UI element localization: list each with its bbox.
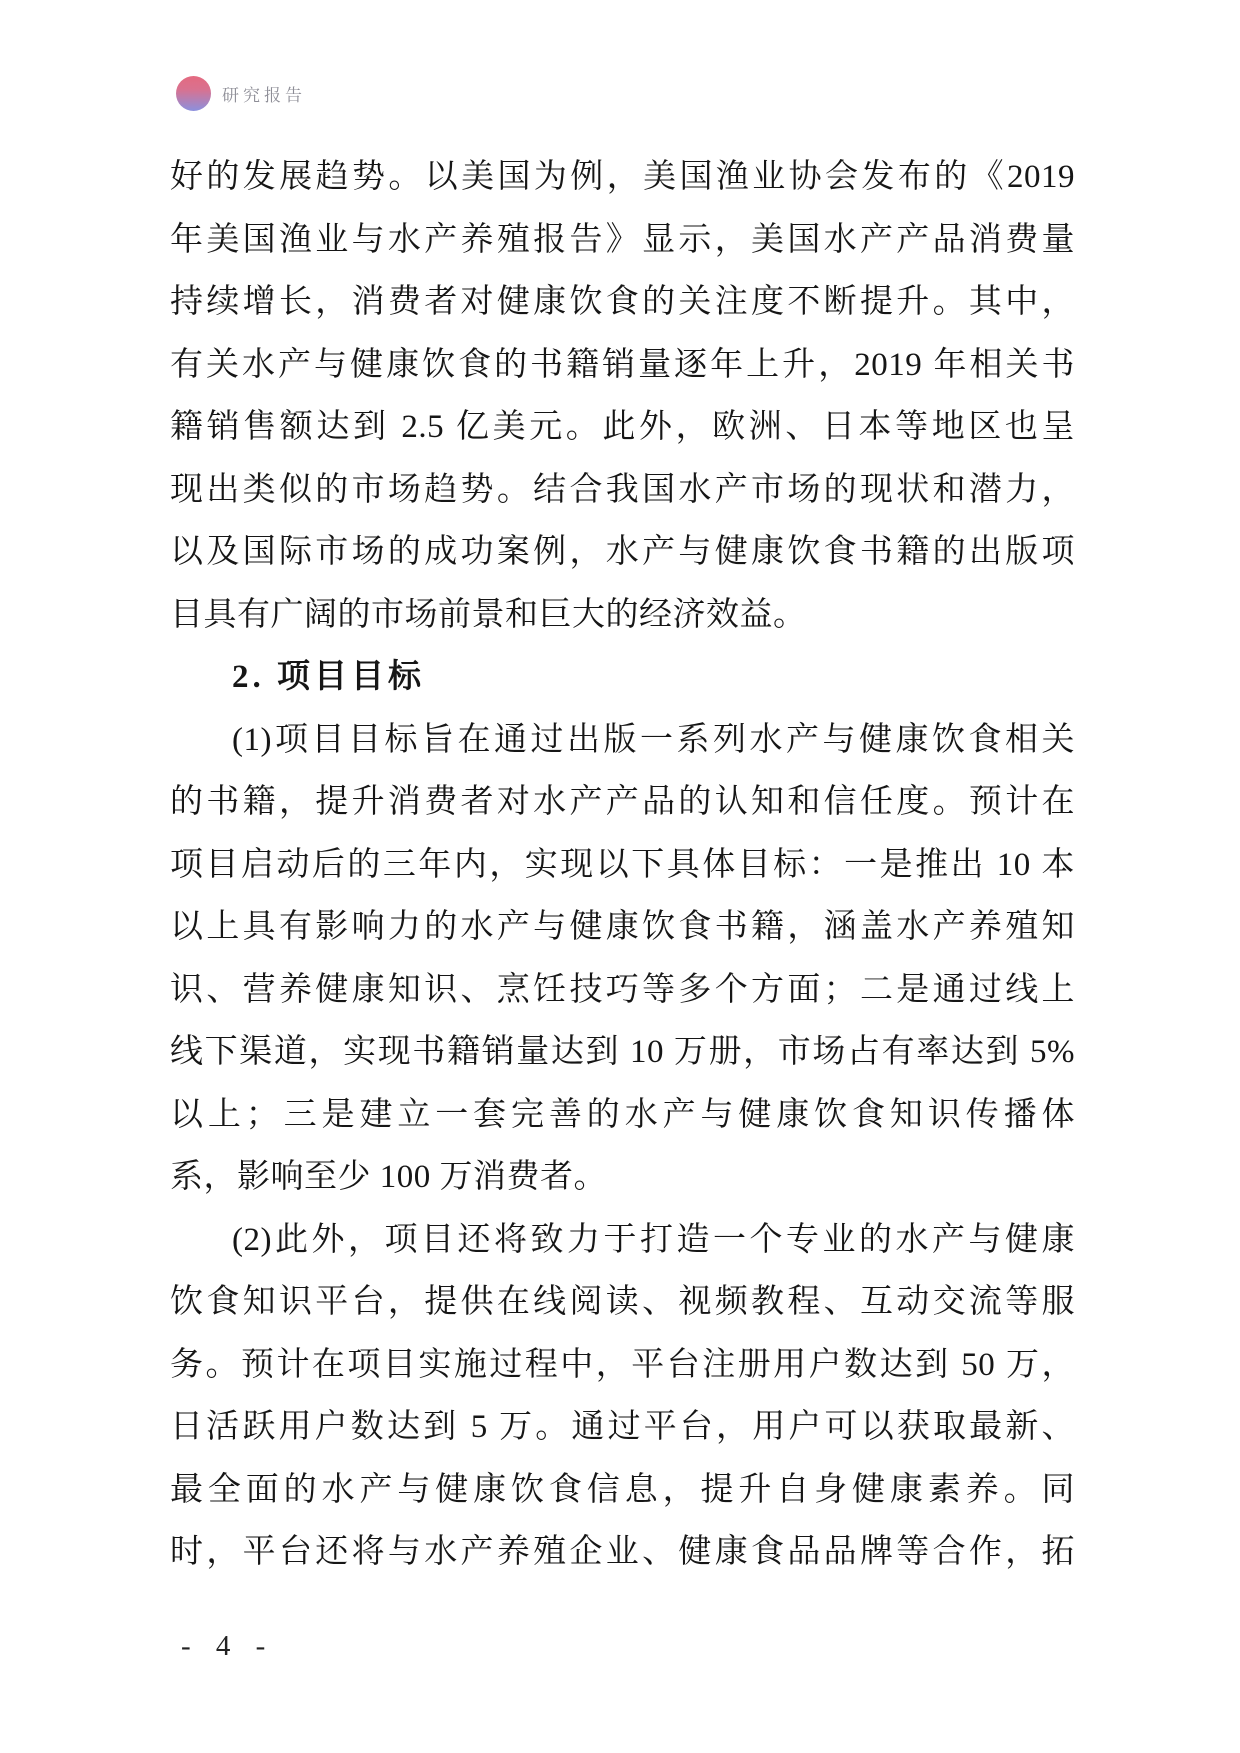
text-line: 持续增长，消费者对健康饮食的关注度不断提升。其中， (170, 271, 1075, 334)
report-header: 研究报告 (176, 76, 306, 111)
text-line: 日活跃用户数达到 5 万。通过平台，用户可以获取最新、 (170, 1396, 1075, 1459)
text-line: (1)项目目标旨在通过出版一系列水产与健康饮食相关 (170, 709, 1075, 772)
text-line: 饮食知识平台，提供在线阅读、视频教程、互动交流等服 (170, 1271, 1075, 1334)
text-line: 的书籍，提升消费者对水产产品的认知和信任度。预计在 (170, 771, 1075, 834)
text-line: 目具有广阔的市场前景和巨大的经济效益。 (170, 584, 1075, 647)
text-line: 以上；三是建立一套完善的水产与健康饮食知识传播体 (170, 1084, 1075, 1147)
text-line: 时，平台还将与水产养殖企业、健康食品品牌等合作，拓 (170, 1521, 1075, 1584)
section-heading: 2. 项目目标 (170, 646, 1075, 709)
text-line: 有关水产与健康饮食的书籍销量逐年上升，2019 年相关书 (170, 334, 1075, 397)
text-line: 年美国渔业与水产养殖报告》显示，美国水产产品消费量 (170, 209, 1075, 272)
document-page: 研究报告 好的发展趋势。以美国为例，美国渔业协会发布的《2019年美国渔业与水产… (0, 0, 1240, 1753)
text-line: 最全面的水产与健康饮食信息，提升自身健康素养。同 (170, 1459, 1075, 1522)
text-line: 以上具有影响力的水产与健康饮食书籍，涵盖水产养殖知 (170, 896, 1075, 959)
brand-title: 研究报告 (222, 81, 306, 106)
text-line: 识、营养健康知识、烹饪技巧等多个方面；二是通过线上 (170, 959, 1075, 1022)
text-line: 好的发展趋势。以美国为例，美国渔业协会发布的《2019 (170, 146, 1075, 209)
document-body: 好的发展趋势。以美国为例，美国渔业协会发布的《2019年美国渔业与水产养殖报告》… (170, 146, 1075, 1584)
text-line: 项目启动后的三年内，实现以下具体目标：一是推出 10 本 (170, 834, 1075, 897)
text-line: 现出类似的市场趋势。结合我国水产市场的现状和潜力， (170, 459, 1075, 522)
text-line: 以及国际市场的成功案例，水产与健康饮食书籍的出版项 (170, 521, 1075, 584)
brand-logo-icon (176, 76, 211, 111)
text-line: 线下渠道，实现书籍销量达到 10 万册，市场占有率达到 5% (170, 1021, 1075, 1084)
text-line: 籍销售额达到 2.5 亿美元。此外，欧洲、日本等地区也呈 (170, 396, 1075, 459)
text-line: (2)此外，项目还将致力于打造一个专业的水产与健康 (170, 1209, 1075, 1272)
page-number: - 4 - (181, 1630, 274, 1663)
text-line: 务。预计在项目实施过程中，平台注册用户数达到 50 万， (170, 1334, 1075, 1397)
text-line: 系，影响至少 100 万消费者。 (170, 1146, 1075, 1209)
